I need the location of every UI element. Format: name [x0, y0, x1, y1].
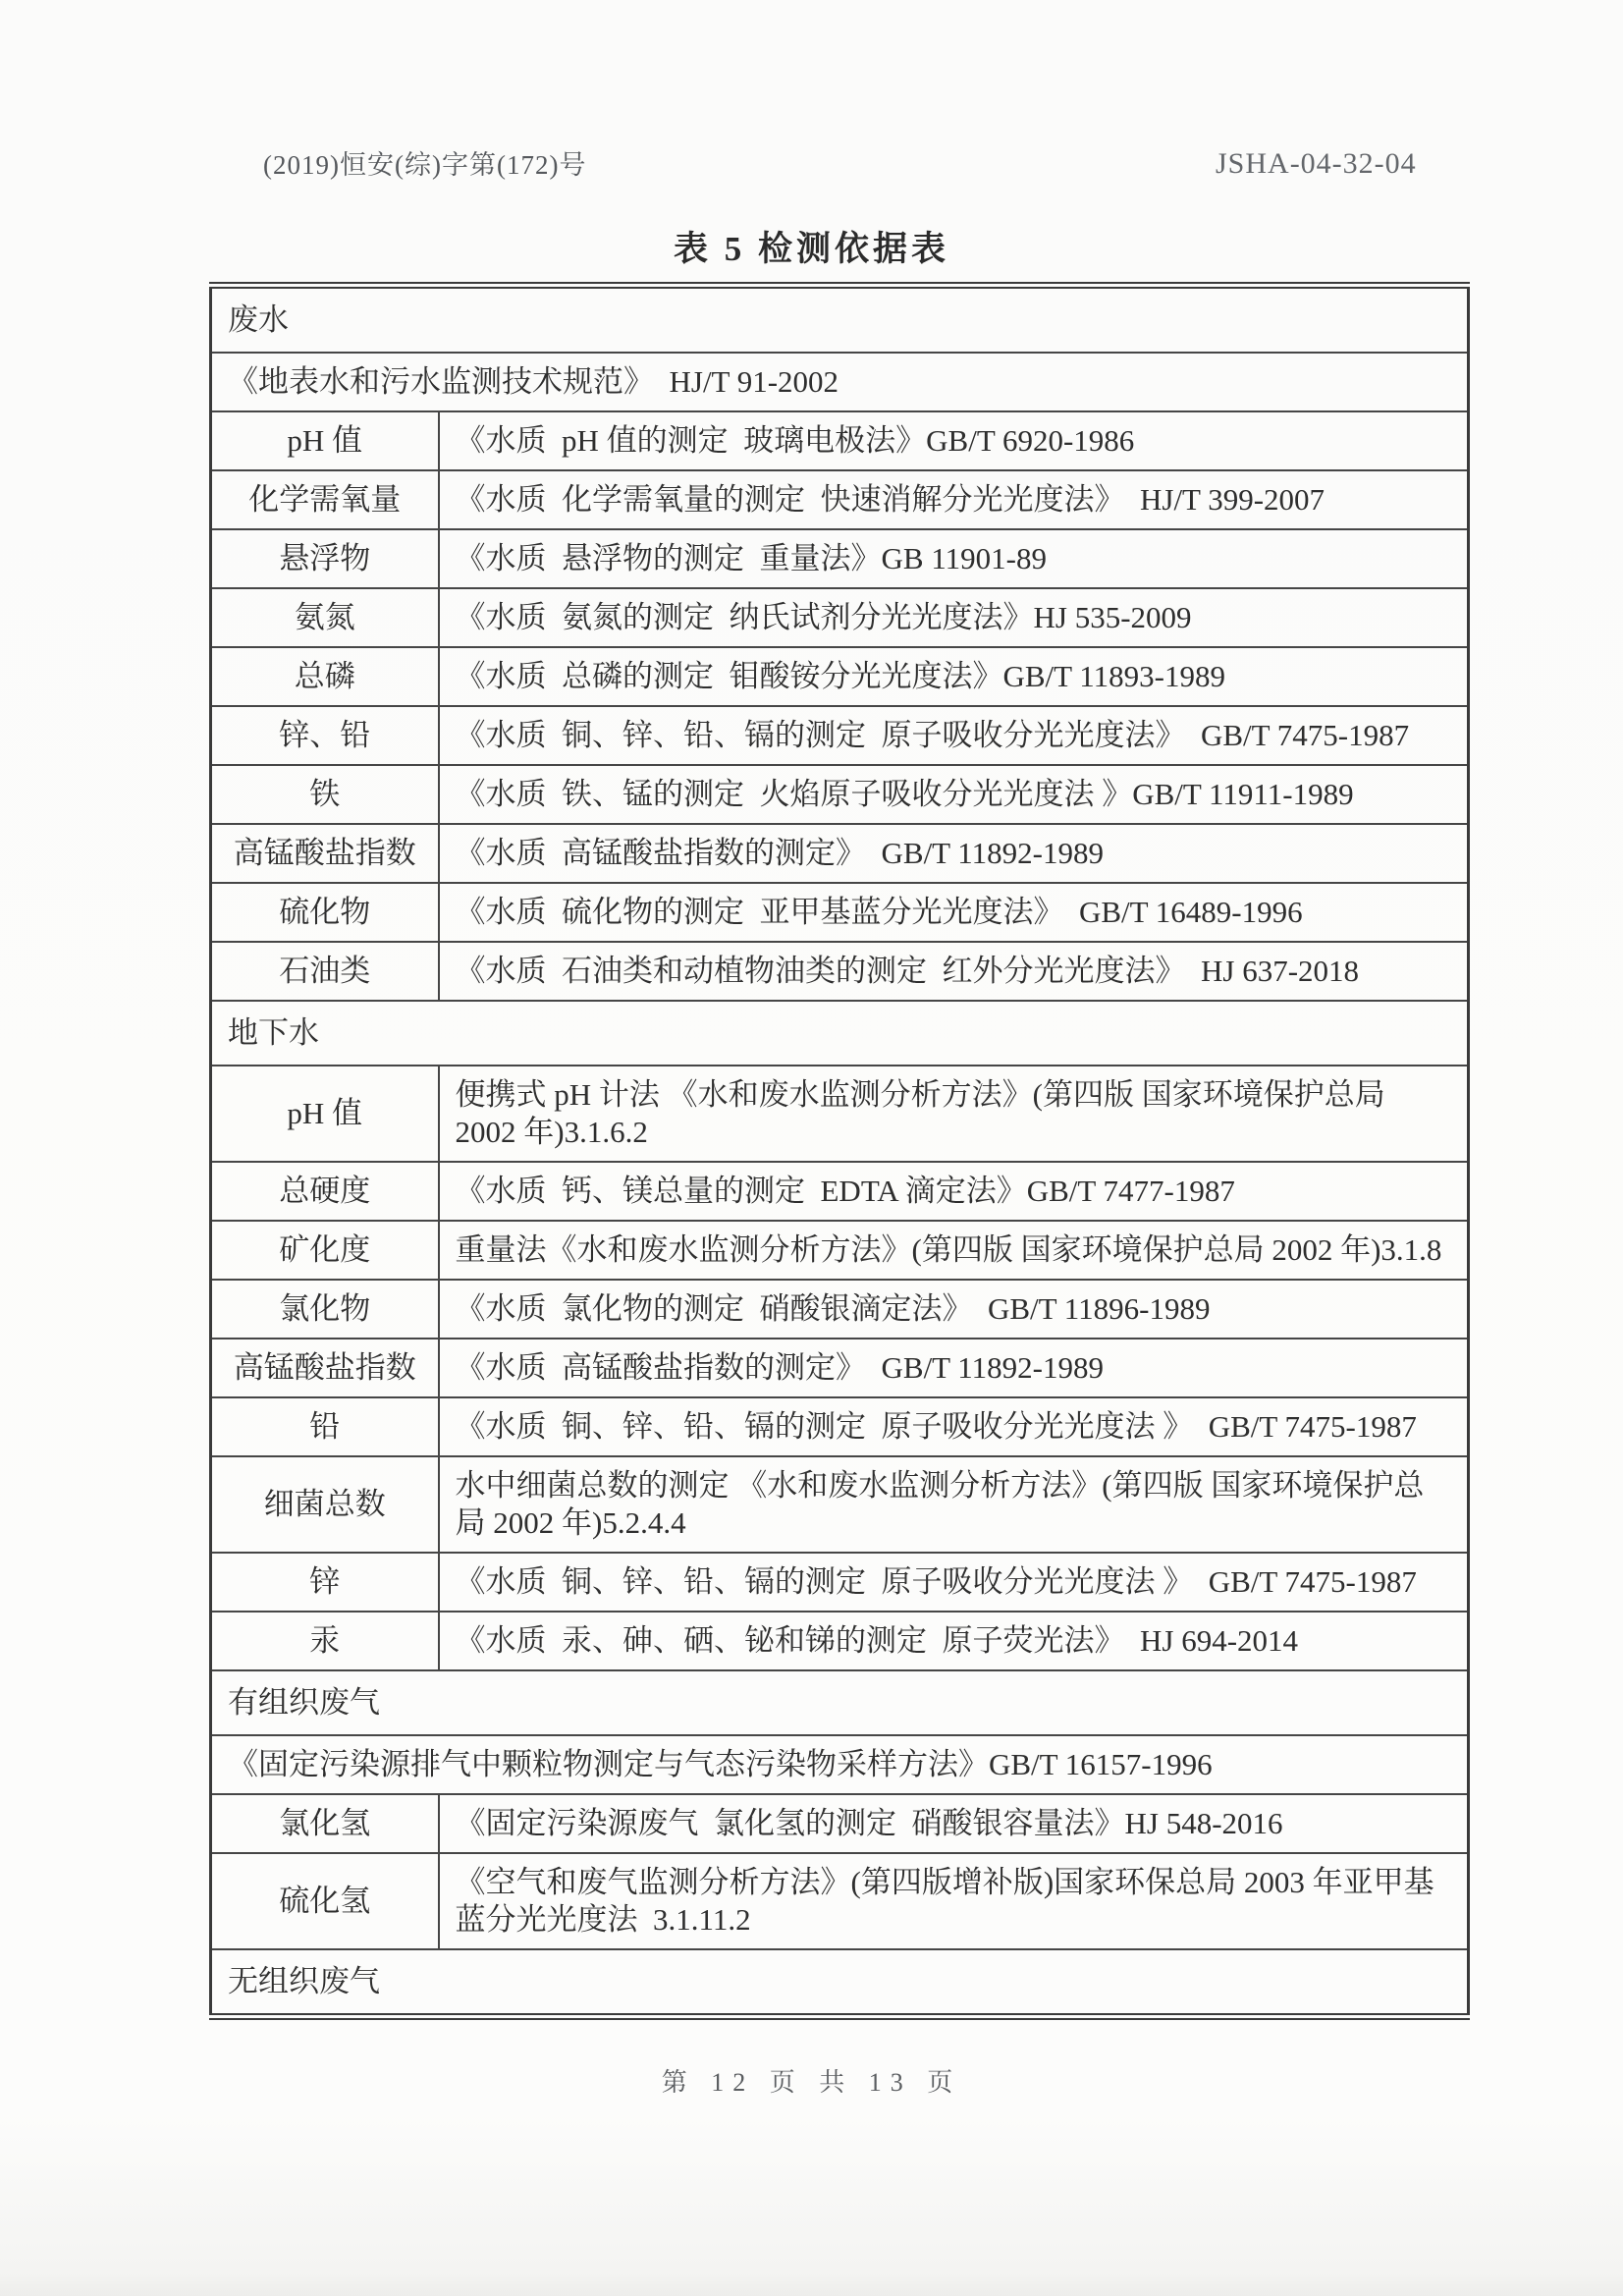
table-row: 高锰酸盐指数《水质 高锰酸盐指数的测定》 GB/T 11892-1989: [211, 1339, 1469, 1397]
parameter-cell: 锌、铅: [211, 706, 439, 765]
parameter-cell: 总硬度: [211, 1162, 439, 1221]
method-standard-cell: 重量法《水和废水监测分析方法》(第四版 国家环境保护总局 2002 年)3.1.…: [439, 1221, 1469, 1280]
report-code: JSHA-04-32-04: [1216, 147, 1417, 181]
method-standard-cell: 《水质 化学需氧量的测定 快速消解分光光度法》 HJ/T 399-2007: [439, 470, 1469, 529]
parameter-cell: 石油类: [211, 942, 439, 1001]
method-standard-cell: 《水质 硫化物的测定 亚甲基蓝分光光度法》 GB/T 16489-1996: [439, 883, 1469, 942]
method-standard-cell: 便携式 pH 计法 《水和废水监测分析方法》(第四版 国家环境保护总局 2002…: [439, 1066, 1469, 1162]
table-row: 废水: [211, 286, 1469, 354]
method-standard-cell: 《水质 高锰酸盐指数的测定》 GB/T 11892-1989: [439, 1339, 1469, 1397]
document-number: (2019)恒安(综)字第(172)号: [263, 143, 586, 182]
method-standard-cell: 《水质 悬浮物的测定 重量法》GB 11901-89: [439, 529, 1469, 588]
table-row: 氨氮《水质 氨氮的测定 纳氏试剂分光光度法》HJ 535-2009: [211, 588, 1469, 647]
table-row: 氯化物《水质 氯化物的测定 硝酸银滴定法》 GB/T 11896-1989: [211, 1280, 1469, 1339]
parameter-cell: 矿化度: [211, 1221, 439, 1280]
table-row: 氯化氢《固定污染源废气 氯化氢的测定 硝酸银容量法》HJ 548-2016: [211, 1794, 1469, 1853]
parameter-cell: 高锰酸盐指数: [211, 824, 439, 883]
method-standard-cell: 《水质 pH 值的测定 玻璃电极法》GB/T 6920-1986: [439, 411, 1469, 470]
method-standard-cell: 《水质 氨氮的测定 纳氏试剂分光光度法》HJ 535-2009: [439, 588, 1469, 647]
parameter-cell: 悬浮物: [211, 529, 439, 588]
parameter-cell: 铅: [211, 1397, 439, 1456]
table-row: 总磷《水质 总磷的测定 钼酸铵分光光度法》GB/T 11893-1989: [211, 647, 1469, 706]
method-standard-cell: 《水质 铁、锰的测定 火焰原子吸收分光光度法 》GB/T 11911-1989: [439, 765, 1469, 824]
table-row: 锌、铅《水质 铜、锌、铅、镉的测定 原子吸收分光光度法》 GB/T 7475-1…: [211, 706, 1469, 765]
table-row: 硫化氢《空气和废气监测分析方法》(第四版增补版)国家环保总局 2003 年亚甲基…: [211, 1853, 1469, 1949]
table-row: 石油类《水质 石油类和动植物油类的测定 红外分光光度法》 HJ 637-2018: [211, 942, 1469, 1001]
parameter-cell: 硫化氢: [211, 1853, 439, 1949]
method-standard-cell: 水中细菌总数的测定 《水和废水监测分析方法》(第四版 国家环境保护总局 2002…: [439, 1456, 1469, 1553]
table-row: 《固定污染源排气中颗粒物测定与气态污染物采样方法》GB/T 16157-1996: [211, 1735, 1469, 1794]
method-standard-cell: 《水质 铜、锌、铅、镉的测定 原子吸收分光光度法 》 GB/T 7475-198…: [439, 1397, 1469, 1456]
table-row: 汞《水质 汞、砷、硒、铋和锑的测定 原子荧光法》 HJ 694-2014: [211, 1612, 1469, 1670]
method-standard-cell: 《水质 铜、锌、铅、镉的测定 原子吸收分光光度法 》 GB/T 7475-198…: [439, 1553, 1469, 1612]
scanned-page: (2019)恒安(综)字第(172)号 JSHA-04-32-04 表 5 检测…: [0, 0, 1623, 2296]
table-row: 硫化物《水质 硫化物的测定 亚甲基蓝分光光度法》 GB/T 16489-1996: [211, 883, 1469, 942]
parameter-cell: 氯化物: [211, 1280, 439, 1339]
parameter-cell: 总磷: [211, 647, 439, 706]
parameter-cell: 细菌总数: [211, 1456, 439, 1553]
table-row: 总硬度《水质 钙、镁总量的测定 EDTA 滴定法》GB/T 7477-1987: [211, 1162, 1469, 1221]
section-header-cell: 无组织废气: [211, 1949, 1469, 2017]
detection-basis-table-wrap: 废水《地表水和污水监测技术规范》 HJ/T 91-2002pH 值《水质 pH …: [209, 282, 1470, 2020]
section-header-cell: 废水: [211, 286, 1469, 354]
parameter-cell: 硫化物: [211, 883, 439, 942]
standard-fullwidth-cell: 《地表水和污水监测技术规范》 HJ/T 91-2002: [211, 353, 1469, 411]
detection-basis-table: 废水《地表水和污水监测技术规范》 HJ/T 91-2002pH 值《水质 pH …: [209, 282, 1470, 2020]
method-standard-cell: 《水质 钙、镁总量的测定 EDTA 滴定法》GB/T 7477-1987: [439, 1162, 1469, 1221]
parameter-cell: pH 值: [211, 1066, 439, 1162]
method-standard-cell: 《水质 高锰酸盐指数的测定》 GB/T 11892-1989: [439, 824, 1469, 883]
method-standard-cell: 《空气和废气监测分析方法》(第四版增补版)国家环保总局 2003 年亚甲基蓝分光…: [439, 1853, 1469, 1949]
deps-table-body: 废水《地表水和污水监测技术规范》 HJ/T 91-2002pH 值《水质 pH …: [211, 286, 1469, 2017]
table-row: pH 值《水质 pH 值的测定 玻璃电极法》GB/T 6920-1986: [211, 411, 1469, 470]
method-standard-cell: 《水质 铜、锌、铅、镉的测定 原子吸收分光光度法》 GB/T 7475-1987: [439, 706, 1469, 765]
parameter-cell: 化学需氧量: [211, 470, 439, 529]
method-standard-cell: 《固定污染源废气 氯化氢的测定 硝酸银容量法》HJ 548-2016: [439, 1794, 1469, 1853]
page-title: 表 5 检测依据表: [0, 222, 1623, 271]
parameter-cell: pH 值: [211, 411, 439, 470]
table-row: 锌《水质 铜、锌、铅、镉的测定 原子吸收分光光度法 》 GB/T 7475-19…: [211, 1553, 1469, 1612]
method-standard-cell: 《水质 总磷的测定 钼酸铵分光光度法》GB/T 11893-1989: [439, 647, 1469, 706]
method-standard-cell: 《水质 氯化物的测定 硝酸银滴定法》 GB/T 11896-1989: [439, 1280, 1469, 1339]
section-header-cell: 地下水: [211, 1001, 1469, 1066]
standard-fullwidth-cell: 《固定污染源排气中颗粒物测定与气态污染物采样方法》GB/T 16157-1996: [211, 1735, 1469, 1794]
page-number: 第 12 页 共 13 页: [0, 2062, 1623, 2099]
method-standard-cell: 《水质 汞、砷、硒、铋和锑的测定 原子荧光法》 HJ 694-2014: [439, 1612, 1469, 1670]
table-row: 矿化度重量法《水和废水监测分析方法》(第四版 国家环境保护总局 2002 年)3…: [211, 1221, 1469, 1280]
section-header-cell: 有组织废气: [211, 1670, 1469, 1735]
table-row: 高锰酸盐指数《水质 高锰酸盐指数的测定》 GB/T 11892-1989: [211, 824, 1469, 883]
table-row: 地下水: [211, 1001, 1469, 1066]
parameter-cell: 高锰酸盐指数: [211, 1339, 439, 1397]
parameter-cell: 氨氮: [211, 588, 439, 647]
table-row: 铅《水质 铜、锌、铅、镉的测定 原子吸收分光光度法 》 GB/T 7475-19…: [211, 1397, 1469, 1456]
parameter-cell: 汞: [211, 1612, 439, 1670]
table-row: 铁《水质 铁、锰的测定 火焰原子吸收分光光度法 》GB/T 11911-1989: [211, 765, 1469, 824]
table-row: 无组织废气: [211, 1949, 1469, 2017]
table-row: 细菌总数水中细菌总数的测定 《水和废水监测分析方法》(第四版 国家环境保护总局 …: [211, 1456, 1469, 1553]
table-row: 悬浮物《水质 悬浮物的测定 重量法》GB 11901-89: [211, 529, 1469, 588]
table-row: 有组织废气: [211, 1670, 1469, 1735]
table-row: 化学需氧量《水质 化学需氧量的测定 快速消解分光光度法》 HJ/T 399-20…: [211, 470, 1469, 529]
method-standard-cell: 《水质 石油类和动植物油类的测定 红外分光光度法》 HJ 637-2018: [439, 942, 1469, 1001]
table-row: 《地表水和污水监测技术规范》 HJ/T 91-2002: [211, 353, 1469, 411]
parameter-cell: 氯化氢: [211, 1794, 439, 1853]
parameter-cell: 铁: [211, 765, 439, 824]
parameter-cell: 锌: [211, 1553, 439, 1612]
table-row: pH 值便携式 pH 计法 《水和废水监测分析方法》(第四版 国家环境保护总局 …: [211, 1066, 1469, 1162]
